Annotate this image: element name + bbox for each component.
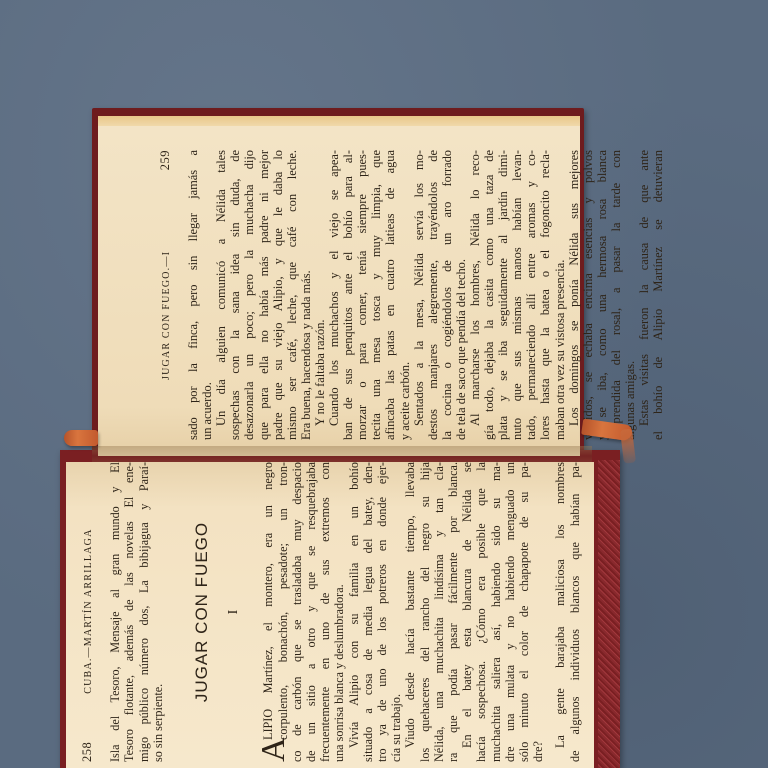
text-line: morzar o para comer, tenía siempre pues- xyxy=(355,150,369,440)
text-line: desazonarla un poco; pero la muchacha di… xyxy=(242,150,256,440)
text-line: sospechas con la sana idea sin duda, de xyxy=(228,150,242,440)
text-line: Viudo desde hacía bastante tiempo, lleva… xyxy=(403,462,417,762)
text-line: ban de sus penquitos ante el bohío para … xyxy=(341,150,355,440)
text-line: gía todo, dejaba la casita como una taza… xyxy=(482,150,496,440)
text-line: tado, permaneciendo allí entre aromas y … xyxy=(524,150,538,440)
text-fragment: Martínez, el montero, era un negro xyxy=(261,462,275,709)
text-line: Al marcharse los hombres, Nélida lo reco… xyxy=(468,150,482,440)
running-title: CUBA.—MARTÍN ARRILLAGA xyxy=(82,529,96,694)
text-line: Nélida, una muchachita lindísima y tan c… xyxy=(432,462,446,762)
text-line: de un sitio a otro y que se resquebrajab… xyxy=(304,462,318,762)
text-line: muchachita saliera así, habiendo sido su… xyxy=(489,462,503,762)
text-line: de tela de saco que pendía del techo. xyxy=(454,150,468,440)
text-line: la cocina o cogiéndolos de un aro forrad… xyxy=(440,150,454,440)
page-number: 258 xyxy=(80,742,94,762)
page-259-text: JUGAR CON FUEGO.—I 259 sado por la finca… xyxy=(158,150,598,440)
text-line: Un día alguien comunicó a Nélida tales xyxy=(214,150,228,440)
text-line: nuto que sus mismas manos habían levan- xyxy=(510,150,524,440)
text-line: Estas visitas fueron la causa de que ant… xyxy=(637,150,651,440)
text-line: tro ya de uno de los potreros en donde e… xyxy=(375,462,389,762)
running-title: JUGAR CON FUEGO.—I xyxy=(160,251,174,380)
running-head: 258 CUBA.—MARTÍN ARRILLAGA xyxy=(80,462,96,762)
text-line: Cuando los muchachos y el viejo se apea- xyxy=(327,150,341,440)
text-line: vestidos, se echaba encima esencias y po… xyxy=(581,150,595,440)
text-line: frecuentemente en uno de sus extremos co… xyxy=(318,462,332,762)
text-line: destos manjares alegremente, trayéndolos… xyxy=(426,150,440,440)
text-line: Era buena, hacendosa y nada más. xyxy=(299,150,313,440)
text-line: maban otra vez su vistosa presencia. xyxy=(553,150,567,440)
text-line: hacía sospechosa. ¿Cómo era posible que … xyxy=(474,462,488,762)
chapter-title: JUGAR CON FUEGO xyxy=(195,462,209,762)
text-line: algunas amigas. xyxy=(623,150,637,440)
running-head: JUGAR CON FUEGO.—I 259 xyxy=(158,150,174,440)
first-word: LIPIO xyxy=(261,709,275,740)
text-line: un acuerdo. xyxy=(200,150,214,440)
first-paragraph: A LIPIO Martínez, el montero, era un neg… xyxy=(261,462,289,762)
text-line: LIPIO Martínez, el montero, era un negro xyxy=(261,462,275,762)
text-line: Y no le faltaba razón. xyxy=(313,150,327,440)
text-line: dre? xyxy=(531,462,545,762)
ribbon-bookmark-left[interactable] xyxy=(64,430,98,446)
text-line: corpulento, bonachón, pesadote; un tron- xyxy=(276,462,290,762)
text-line: migo público número dos, La bibijagua y … xyxy=(137,462,151,762)
text-line: Los domingos se ponía Nélida sus mejores xyxy=(567,150,581,440)
chapter-number: I xyxy=(227,462,241,762)
text-line: cía su trabajo. xyxy=(389,462,403,762)
text-line: Isla del Tesoro, Mensaje al gran mundo y… xyxy=(108,462,122,762)
text-line: de algunos individuos blancos que habían… xyxy=(568,462,582,762)
text-line: En el batey esta blancura de Nélida se xyxy=(460,462,474,762)
text-line: tecita una mesa tosca y muy limpia, que xyxy=(369,150,383,440)
text-line: Tesoro flotante, además de las novelas E… xyxy=(122,462,136,762)
text-line: sado por la finca, pero sin llegar jamás… xyxy=(186,150,200,440)
text-line: ra que podía pasar fácilmente por blanca… xyxy=(446,462,460,762)
text-line: afincaba las patas en cuatro latieas de … xyxy=(383,150,397,440)
text-line: mismo ser café, leche, que café con lech… xyxy=(285,150,299,440)
text-line: una sonrisa blanca y deslumbradora. xyxy=(332,462,346,762)
text-line: lores hasta que la batea o el fogoncito … xyxy=(538,150,552,440)
text-line: dre una mulata y no habiendo menguado un xyxy=(503,462,517,762)
text-line: La gente barajaba maliciosa los nombres xyxy=(553,462,567,762)
text-line: situado a cosa de media legua del batey,… xyxy=(361,462,375,762)
text-line: plata y se iba seguidamente al jardín di… xyxy=(496,150,510,440)
text-line: sólo minuto el color de chapapote de su … xyxy=(517,462,531,762)
page-258-text: 258 CUBA.—MARTÍN ARRILLAGA Isla del Teso… xyxy=(80,462,600,762)
text-line: Sentados a la mesa, Nélida servía los mo… xyxy=(412,150,426,440)
text-line: co de carbón que se trasladaba muy despa… xyxy=(290,462,304,762)
text-line: y se iba, como una hermosa rosa blanca xyxy=(595,150,609,440)
text-line: y aceite carbón. xyxy=(398,150,412,440)
text-line: que para ella no había más padre ni mejo… xyxy=(257,150,271,440)
text-line: so sin serpiente. xyxy=(151,462,165,762)
text-line: los quehaceres del rancho del negro su h… xyxy=(418,462,432,762)
text-line: desprendida del rosal, a pasar la tarde … xyxy=(609,150,623,440)
text-line: el bohío de Alipio Martínez se detuviera… xyxy=(651,150,665,440)
text-line: Vivía Alipio con su familia en un bohío xyxy=(347,462,361,762)
page-number: 259 xyxy=(158,150,172,170)
drop-cap: A xyxy=(259,737,289,762)
text-line: padre que su viejo Alipio, y que le daba… xyxy=(271,150,285,440)
